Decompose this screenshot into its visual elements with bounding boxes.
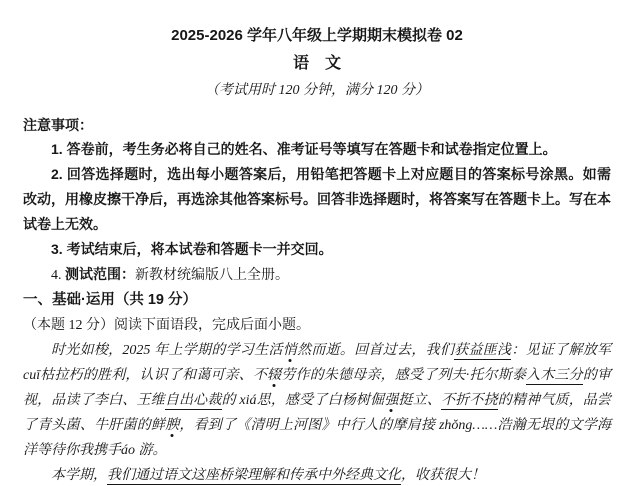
underlined-phrase: 不折不挠	[441, 393, 498, 410]
passage-paragraph-1: 时光如梭，2025 年上学期的学习生活悄然而逝。回首过去，我们获益匪浅：见证了解…	[23, 338, 611, 463]
passage-text: ，收获很大！	[401, 468, 485, 483]
exam-duration-info: （考试用时 120 分钟，满分 120 分）	[23, 81, 611, 101]
passage-paragraph-2: 本学期，我们通过语文这座桥梁理解和传承中外经典文化，收获很大！	[23, 463, 611, 486]
exam-paper-page: 2025-2026 学年八年级上学期期末模拟卷 02 语 文 （考试用时 120…	[0, 0, 634, 486]
passage-text: 挺立、	[399, 393, 442, 408]
notice-item-3: 3. 考试结束后，将本试卷和答题卡一并交回。	[23, 237, 611, 262]
notice-item-2: 2. 回答选择题时，选出每小题答案后，用铅笔把答题卡上对应题目的答案标号涂黑。如…	[23, 162, 611, 237]
passage-text: 时光如梭，2025 年上学期的学习生活	[51, 343, 283, 358]
notice-item-4: 4. 测试范围：新教材统编版八上全册。	[23, 262, 611, 288]
emphasis-dot-char: 腴	[165, 418, 179, 433]
underlined-phrase: 我们通过语文这座桥梁理解和传承中外经典文化	[107, 468, 401, 485]
notice-item-1: 1. 答卷前，考生务必将自己的姓名、准考证号等填写在答题卡和试卷指定位置上。	[23, 137, 611, 162]
underlined-phrase: 入木三分	[526, 368, 583, 385]
emphasis-dot-char: 辍	[267, 368, 281, 383]
notice-item-4-label: 测试范围：	[65, 266, 135, 282]
passage-text: 本学期，	[51, 468, 107, 483]
notice-heading: 注意事项：	[23, 115, 611, 135]
notice-item-4-number: 4.	[51, 268, 65, 283]
passage-text: 劳作的朱德母亲，感受了列夫·托尔斯泰	[281, 368, 526, 383]
emphasis-dot-char: 悄	[283, 343, 297, 358]
paper-subject: 语 文	[23, 54, 611, 74]
emphasis-dot-char: 强	[384, 393, 398, 408]
question-intro: （本题 12 分）阅读下面语段，完成后面小题。	[23, 313, 611, 338]
passage-text: 的 xiá思，感受了白杨树倔	[222, 393, 385, 408]
paper-title: 2025-2026 学年八年级上学期期末模拟卷 02	[23, 26, 611, 46]
underlined-phrase: 自出心裁	[165, 393, 222, 410]
notice-item-4-value: 新教材统编版八上全册。	[135, 268, 289, 283]
section-heading: 一、基础·运用（共 19 分）	[23, 288, 611, 313]
underlined-phrase: 获益匪浅	[454, 343, 511, 360]
passage-text: 然而逝。回首过去，我们	[297, 343, 454, 358]
